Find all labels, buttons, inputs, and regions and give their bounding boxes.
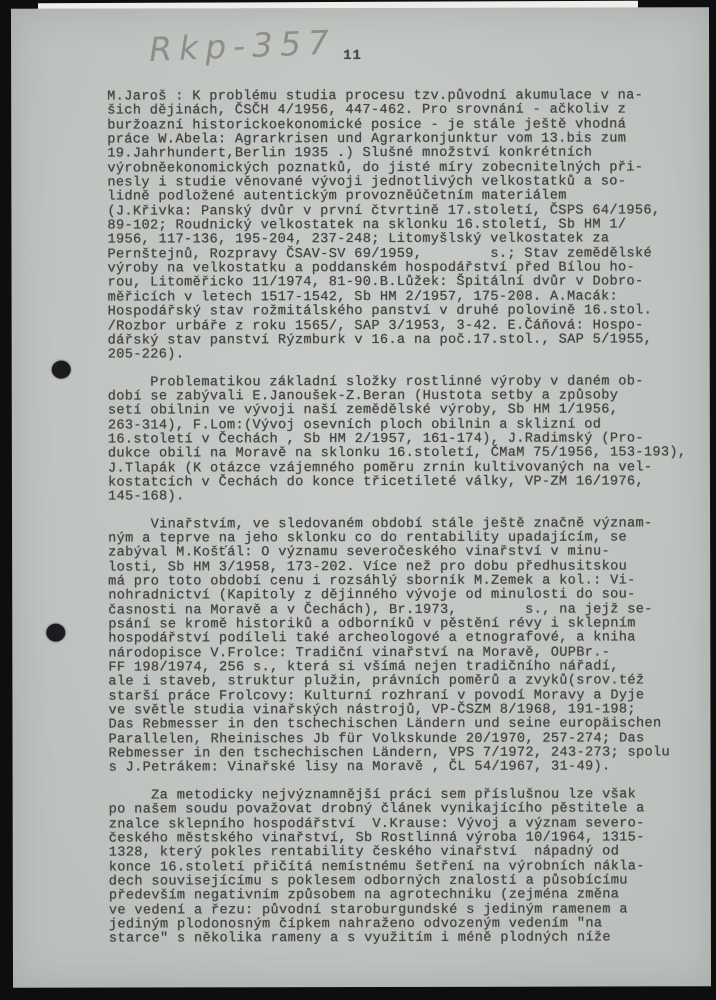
scan-background: Rkp-357 11 M.Jaroš : K problému studia p…	[0, 0, 716, 1000]
handwritten-annotation: Rkp-357	[148, 22, 336, 69]
paragraph-kraus-article: Za metodicky nejvýznamnější práci sem př…	[109, 788, 701, 947]
text-block: M.Jaroš : K problému studia procesu tzv.…	[107, 89, 701, 960]
document-page: Rkp-357 11 M.Jaroš : K problému studia p…	[11, 7, 711, 987]
hole-punch-dot	[52, 361, 71, 379]
paragraph-crop-production: Problematikou základní složky rostlinné …	[108, 375, 700, 505]
page-number: 11	[343, 48, 362, 64]
paragraph-bibliography-agrarian: M.Jaroš : K problému studia procesu tzv.…	[107, 89, 700, 363]
paragraph-viticulture: Vinařstvím, ve sledovaném období stále j…	[108, 517, 701, 776]
hole-punch-dot	[46, 624, 65, 642]
